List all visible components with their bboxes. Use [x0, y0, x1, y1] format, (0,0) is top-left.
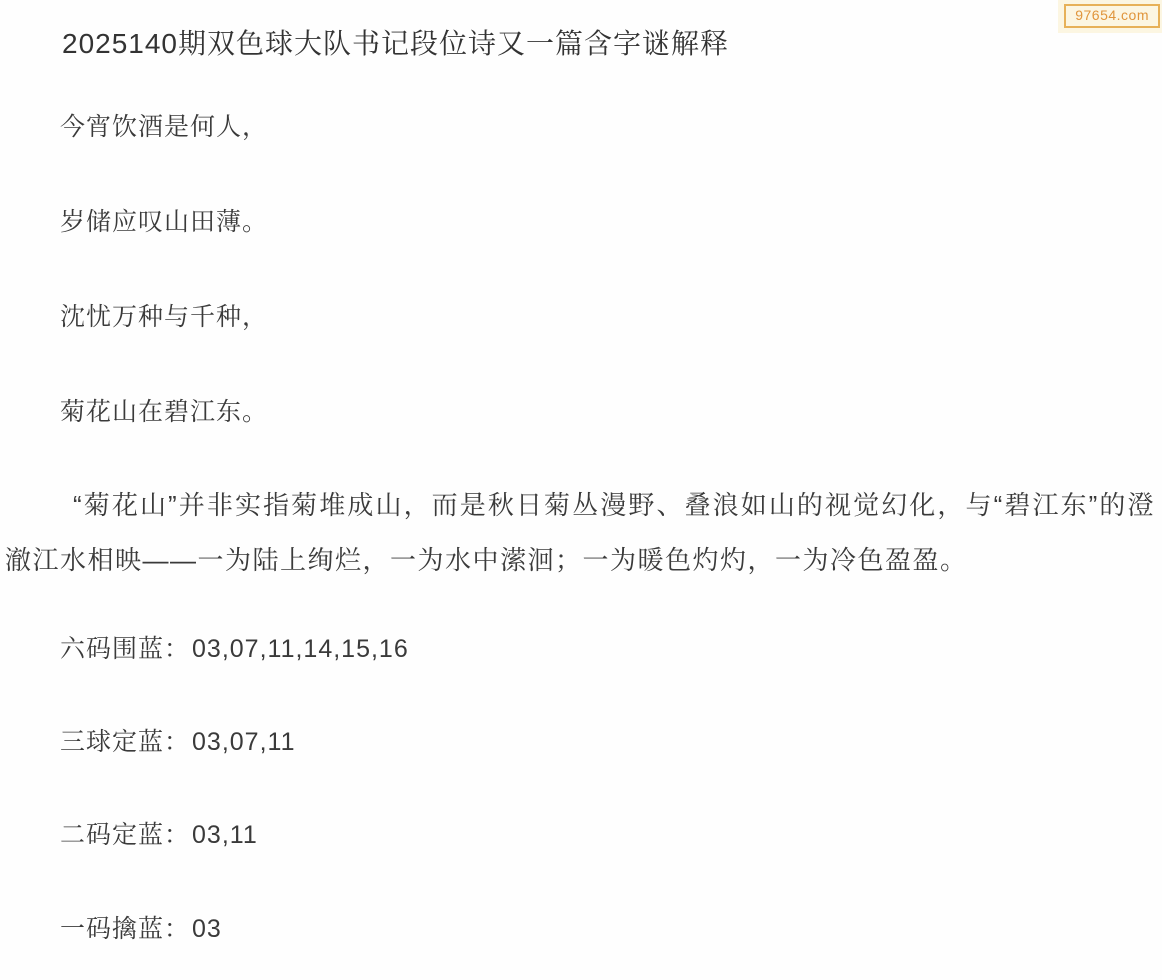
prediction-value: 03,11 — [192, 821, 258, 849]
article-page: 97654.com 2025140期双色球大队书记段位诗又一篇含字谜解释 今宵饮… — [0, 0, 1162, 980]
watermark-badge: 97654.com — [1058, 0, 1162, 33]
prediction-label: 二码定蓝： — [60, 821, 190, 849]
article-title: 2025140期双色球大队书记段位诗又一篇含字谜解释 — [62, 22, 729, 62]
prediction-line: 三球定蓝：03,07,11 — [60, 725, 295, 759]
poem-line: 沈忧万种与千种， — [60, 300, 268, 334]
explanation-paragraph: “菊花山”并非实指菊堆成山，而是秋日菊丛漫野、叠浪如山的视觉幻化，与“碧江东”的… — [5, 478, 1155, 588]
prediction-line: 二码定蓝：03,11 — [60, 818, 258, 852]
poem-line: 岁储应叹山田薄。 — [60, 205, 268, 239]
prediction-line: 六码围蓝：03,07,11,14,15,16 — [60, 632, 409, 666]
prediction-label: 一码擒蓝： — [60, 915, 190, 943]
poem-line: 今宵饮酒是何人， — [60, 110, 268, 144]
prediction-line: 一码擒蓝：03 — [60, 912, 222, 946]
prediction-value: 03,07,11,14,15,16 — [192, 635, 409, 663]
prediction-label: 六码围蓝： — [60, 635, 190, 663]
watermark-text: 97654.com — [1064, 4, 1160, 28]
prediction-label: 三球定蓝： — [60, 728, 190, 756]
prediction-value: 03,07,11 — [192, 728, 295, 756]
poem-line: 菊花山在碧江东。 — [60, 395, 268, 429]
prediction-value: 03 — [192, 915, 222, 943]
